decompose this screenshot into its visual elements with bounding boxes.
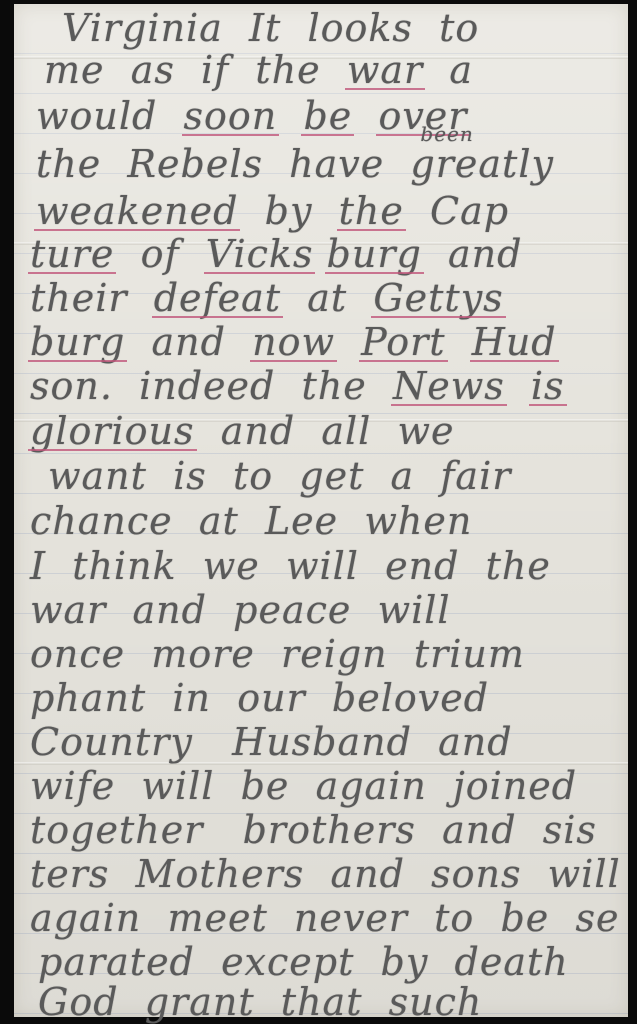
word: at [199, 499, 239, 543]
word: Country [30, 720, 193, 764]
word: all [321, 409, 371, 453]
word: will [378, 588, 451, 632]
underlined-word: Port [361, 320, 445, 364]
underlined-word: glorious [30, 409, 195, 453]
word: that [281, 980, 363, 1023]
underlined-word: the [339, 189, 404, 233]
word: think [72, 544, 176, 588]
underlined-word: is [531, 364, 565, 408]
letter-line-22: parated except by death [38, 940, 569, 984]
word: greatly [410, 142, 554, 186]
word: and [133, 588, 207, 632]
letter-line-6: ture of Vicks burg and [30, 232, 522, 276]
word: once [30, 632, 125, 676]
letter-line-16: phant in our beloved [30, 676, 489, 720]
word: be [500, 896, 549, 940]
word: beloved [332, 676, 489, 720]
word: peace [233, 588, 351, 632]
word: parated [38, 940, 195, 984]
word: will [286, 544, 359, 588]
word: grant [145, 980, 255, 1023]
underlined-word: defeat [154, 276, 281, 320]
letter-line-11: want is to get a fair [48, 454, 511, 498]
word: if [201, 48, 229, 92]
word: Husband [232, 720, 412, 764]
word: fair [440, 454, 511, 498]
word: will [141, 764, 214, 808]
word: end [385, 544, 459, 588]
word: in [172, 676, 211, 720]
word: Virginia [62, 6, 223, 50]
letter-line-23: God grant that such [38, 980, 482, 1023]
letter-line-14: war and peace will [30, 588, 451, 632]
word: me [44, 48, 105, 92]
word: more [151, 632, 255, 676]
word: the [255, 48, 320, 92]
underlined-word: weakened [36, 189, 238, 233]
word: by [265, 189, 313, 233]
word: of [141, 232, 180, 276]
letter-page: Virginia It looks to me as if the war a … [14, 4, 628, 1017]
word: want [48, 454, 147, 498]
word: is [173, 454, 207, 498]
word: get [299, 454, 364, 498]
word: again [316, 764, 427, 808]
underlined-word: Hud [472, 320, 557, 364]
letter-line-4: the Rebels have beengreatly [36, 142, 554, 186]
word: a [391, 454, 415, 498]
word: and [448, 232, 522, 276]
letter-line-1: Virginia It looks to [62, 6, 479, 50]
word: a [449, 48, 473, 92]
word: son. [30, 364, 113, 408]
word: death [455, 940, 569, 984]
word: when [364, 499, 472, 543]
word: together [30, 808, 203, 852]
underlined-word: soon [184, 94, 278, 138]
word: their [30, 276, 128, 320]
word: Mothers [136, 852, 305, 896]
underlined-word: burg [327, 232, 422, 276]
word: indeed [139, 364, 275, 408]
word: trium [414, 632, 525, 676]
word: and [221, 409, 295, 453]
word: will [548, 852, 621, 896]
word: brothers [243, 808, 416, 852]
underlined-word: Vicks [206, 232, 314, 276]
word: to [233, 454, 273, 498]
word: such [389, 980, 483, 1023]
word: wife [30, 764, 115, 808]
word: the [36, 142, 101, 186]
word: sis [543, 808, 597, 852]
word: the [302, 364, 367, 408]
word: ters [30, 852, 109, 896]
word: sons [431, 852, 521, 896]
word: except [221, 940, 354, 984]
word: war [30, 588, 106, 632]
letter-line-21: again meet never to be se [30, 896, 619, 940]
word: the [486, 544, 551, 588]
word: to [434, 896, 474, 940]
letter-line-19: together brothers and sis [30, 808, 597, 852]
word: It [249, 6, 281, 50]
word: never [294, 896, 408, 940]
word: I [30, 544, 46, 588]
word: we [203, 544, 260, 588]
letter-line-3: would soon be over [36, 94, 467, 138]
word: at [307, 276, 347, 320]
letter-line-18: wife will be again joined [30, 764, 577, 808]
word: reign [281, 632, 388, 676]
underlined-word: News [393, 364, 505, 408]
word: Cap [430, 189, 509, 233]
letter-line-20: ters Mothers and sons will [30, 852, 621, 896]
word: and [438, 720, 512, 764]
word: again [30, 896, 141, 940]
inserted-word: been [420, 122, 473, 146]
word: se [575, 896, 619, 940]
word: would [36, 94, 157, 138]
letter-line-9: son. indeed the News is [30, 364, 565, 408]
letter-line-5: weakened by the Cap [36, 189, 509, 233]
underlined-word: Gettys [373, 276, 503, 320]
word: be [241, 764, 290, 808]
letter-line-15: once more reign trium [30, 632, 525, 676]
word: chance [30, 499, 173, 543]
word: by [381, 940, 429, 984]
letter-line-17: Country Husband and [30, 720, 513, 764]
word: God [38, 980, 119, 1023]
word: have [289, 142, 384, 186]
word: we [397, 409, 454, 453]
word: our [237, 676, 306, 720]
letter-line-10: glorious and all we [30, 409, 455, 453]
word: Rebels [127, 142, 263, 186]
word: and [442, 808, 516, 852]
word: phant [30, 676, 146, 720]
word: as [131, 48, 175, 92]
letter-line-2: me as if the war a [44, 48, 473, 92]
word: looks [307, 6, 412, 50]
letter-line-8: burg and now Port Hud [30, 320, 557, 364]
underlined-word: war [347, 48, 423, 92]
underlined-word: be [303, 94, 352, 138]
letter-line-13: I think we will end the [30, 544, 551, 588]
underlined-word: burg [30, 320, 125, 364]
letter-line-12: chance at Lee when [30, 499, 472, 543]
word: joined [453, 764, 577, 808]
word: meet [167, 896, 267, 940]
underlined-word: ture [30, 232, 114, 276]
underlined-word: now [252, 320, 335, 364]
word: and [330, 852, 404, 896]
word: Lee [265, 499, 338, 543]
word: and [151, 320, 225, 364]
letter-line-7: their defeat at Gettys [30, 276, 504, 320]
word: to [439, 6, 479, 50]
